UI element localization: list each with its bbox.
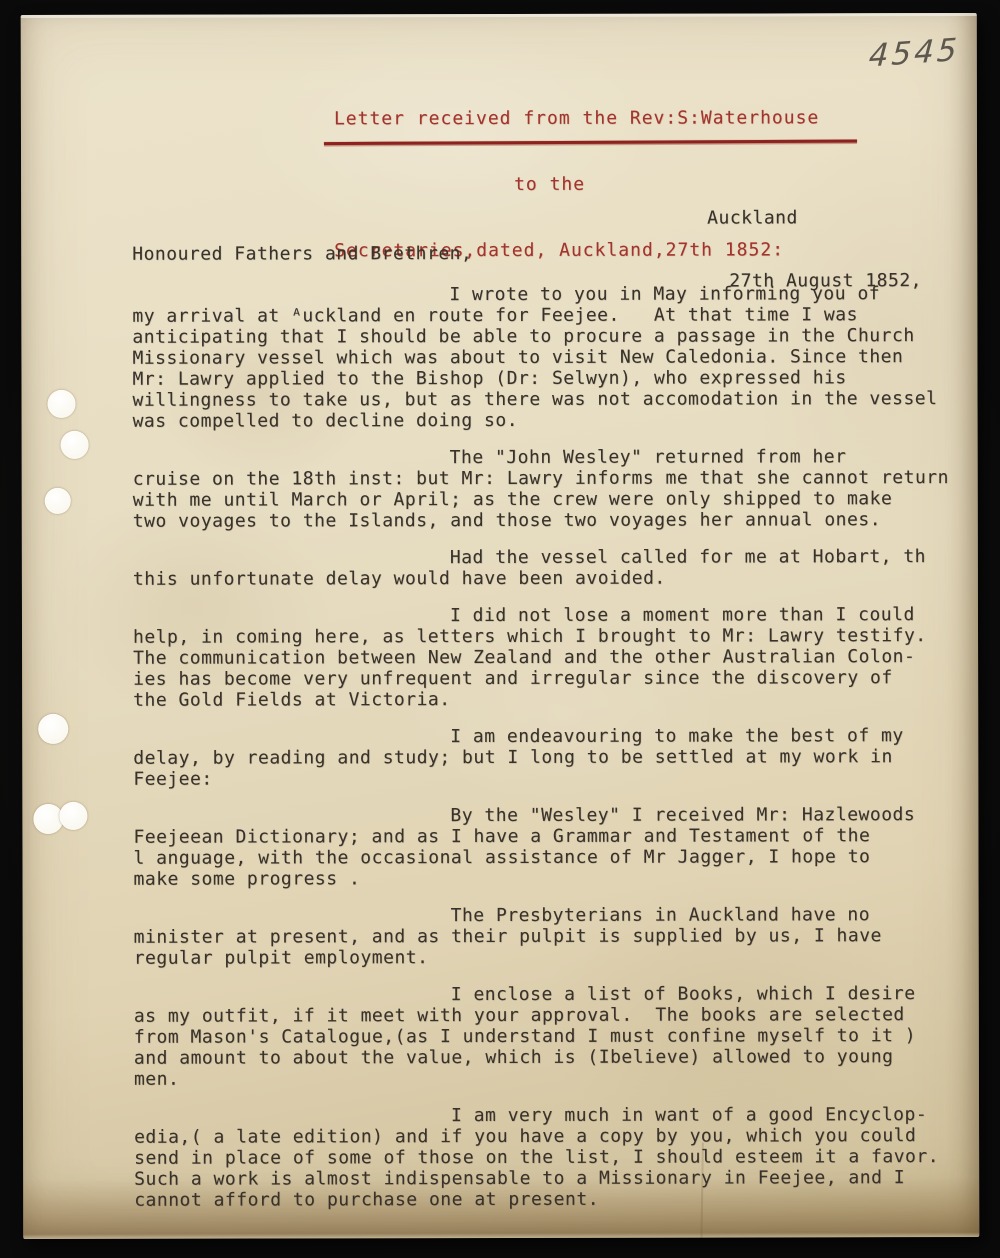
letter-line: The "John Wesley" returned from her [133, 446, 980, 469]
letter-line: Feejeean Dictionary; and as I have a Gra… [133, 825, 979, 848]
paragraph: The "John Wesley" returned from hercruis… [133, 446, 980, 532]
hole-punch [45, 488, 71, 514]
letter-line: men. [134, 1067, 979, 1090]
letter-body: I wrote to you in May informing you ofmy… [132, 283, 979, 1227]
letter-line: I did not lose a moment more than I coul… [133, 604, 979, 627]
letter-line: ies has become very unfrequent and irreg… [133, 667, 979, 690]
letter-line: l anguage, with the occasional assistanc… [133, 846, 979, 869]
letter-line: I am very much in want of a good Encyclo… [134, 1104, 979, 1127]
letter-line: make some progress . [134, 867, 980, 890]
hole-punch [59, 802, 87, 830]
archive-number-annotation: 4545 [868, 32, 961, 75]
letter-line: minister at present, and as their pulpit… [134, 925, 980, 948]
letter-line: I am endeavouring to make the best of my [133, 725, 979, 748]
hole-punch [48, 390, 76, 418]
letter-line: Mr: Lawry applied to the Bishop (Dr: Sel… [132, 367, 979, 390]
letter-page: 4545 Letter received from the Rev:S:Wate… [21, 13, 980, 1239]
letter-line: By the "Wesley" I received Mr: Hazlewood… [133, 804, 979, 827]
letter-line: The Presbyterians in Auckland have no [134, 904, 980, 927]
letter-line: I enclose a list of Books, which I desir… [134, 983, 980, 1006]
letter-line: regular pulpit employment. [134, 946, 980, 969]
letter-line: my arrival at ᴬuckland en route for Feej… [132, 304, 979, 327]
paragraph: I did not lose a moment more than I coul… [133, 604, 979, 711]
salutation: Honoured Fathers and Brethren, [132, 243, 472, 265]
letter-line: cannot afford to purchase one at present… [134, 1188, 979, 1211]
dateline-place: Auckland [707, 207, 922, 228]
letter-line: two voyages to the Islands, and those tw… [133, 509, 980, 532]
letter-line: was compelled to decline doing so. [133, 409, 980, 432]
letter-line: edia,( a late edition) and if you have a… [134, 1125, 979, 1148]
letter-line: cruise on the 18th inst: but Mr: Lawry i… [133, 467, 980, 490]
letter-line: I wrote to you in May informing you of [132, 283, 979, 306]
paragraph: I am very much in want of a good Encyclo… [134, 1104, 979, 1211]
letter-line: from Mason's Catalogue,(as I understand … [134, 1025, 979, 1048]
letter-line: delay, by reading and study; but I long … [133, 746, 979, 769]
paragraph: Had the vessel called for me at Hobart, … [133, 546, 979, 590]
letter-line: Missionary vessel which was about to vis… [132, 346, 979, 369]
letter-line: help, in coming here, as letters which I… [133, 625, 979, 648]
paragraph: I wrote to you in May informing you ofmy… [132, 283, 979, 432]
letter-line: Had the vessel called for me at Hobart, … [133, 546, 979, 569]
letter-line: with me until March or April; as the cre… [133, 488, 980, 511]
hole-punch [61, 431, 89, 459]
scan-background: 4545 Letter received from the Rev:S:Wate… [0, 0, 1000, 1258]
letter-line: The communication between New Zealand an… [133, 646, 979, 669]
paragraph: The Presbyterians in Auckland have nomin… [134, 904, 980, 969]
letter-line: willingness to take us, but as there was… [133, 388, 980, 411]
letter-line: the Gold Fields at Victoria. [133, 688, 979, 711]
letter-line: anticipating that I should be able to pr… [132, 325, 979, 348]
header-line-1: Letter received from the Rev:S:Waterhous… [334, 107, 819, 130]
letter-line: Such a work is almost indispensable to a… [134, 1167, 979, 1190]
paragraph: I enclose a list of Books, which I desir… [134, 983, 980, 1090]
hole-punch [38, 714, 68, 744]
paragraph: By the "Wesley" I received Mr: Hazlewood… [133, 804, 979, 890]
paragraph: I am endeavouring to make the best of my… [133, 725, 979, 790]
letter-line: Feejee: [133, 767, 979, 790]
letter-line: and amount to about the value, which is … [134, 1046, 979, 1069]
letter-line: send in place of some of those on the li… [134, 1146, 979, 1169]
letter-line: as my outfit, if it meet with your appro… [134, 1004, 979, 1027]
letter-line: this unfortunate delay would have been a… [133, 567, 979, 590]
